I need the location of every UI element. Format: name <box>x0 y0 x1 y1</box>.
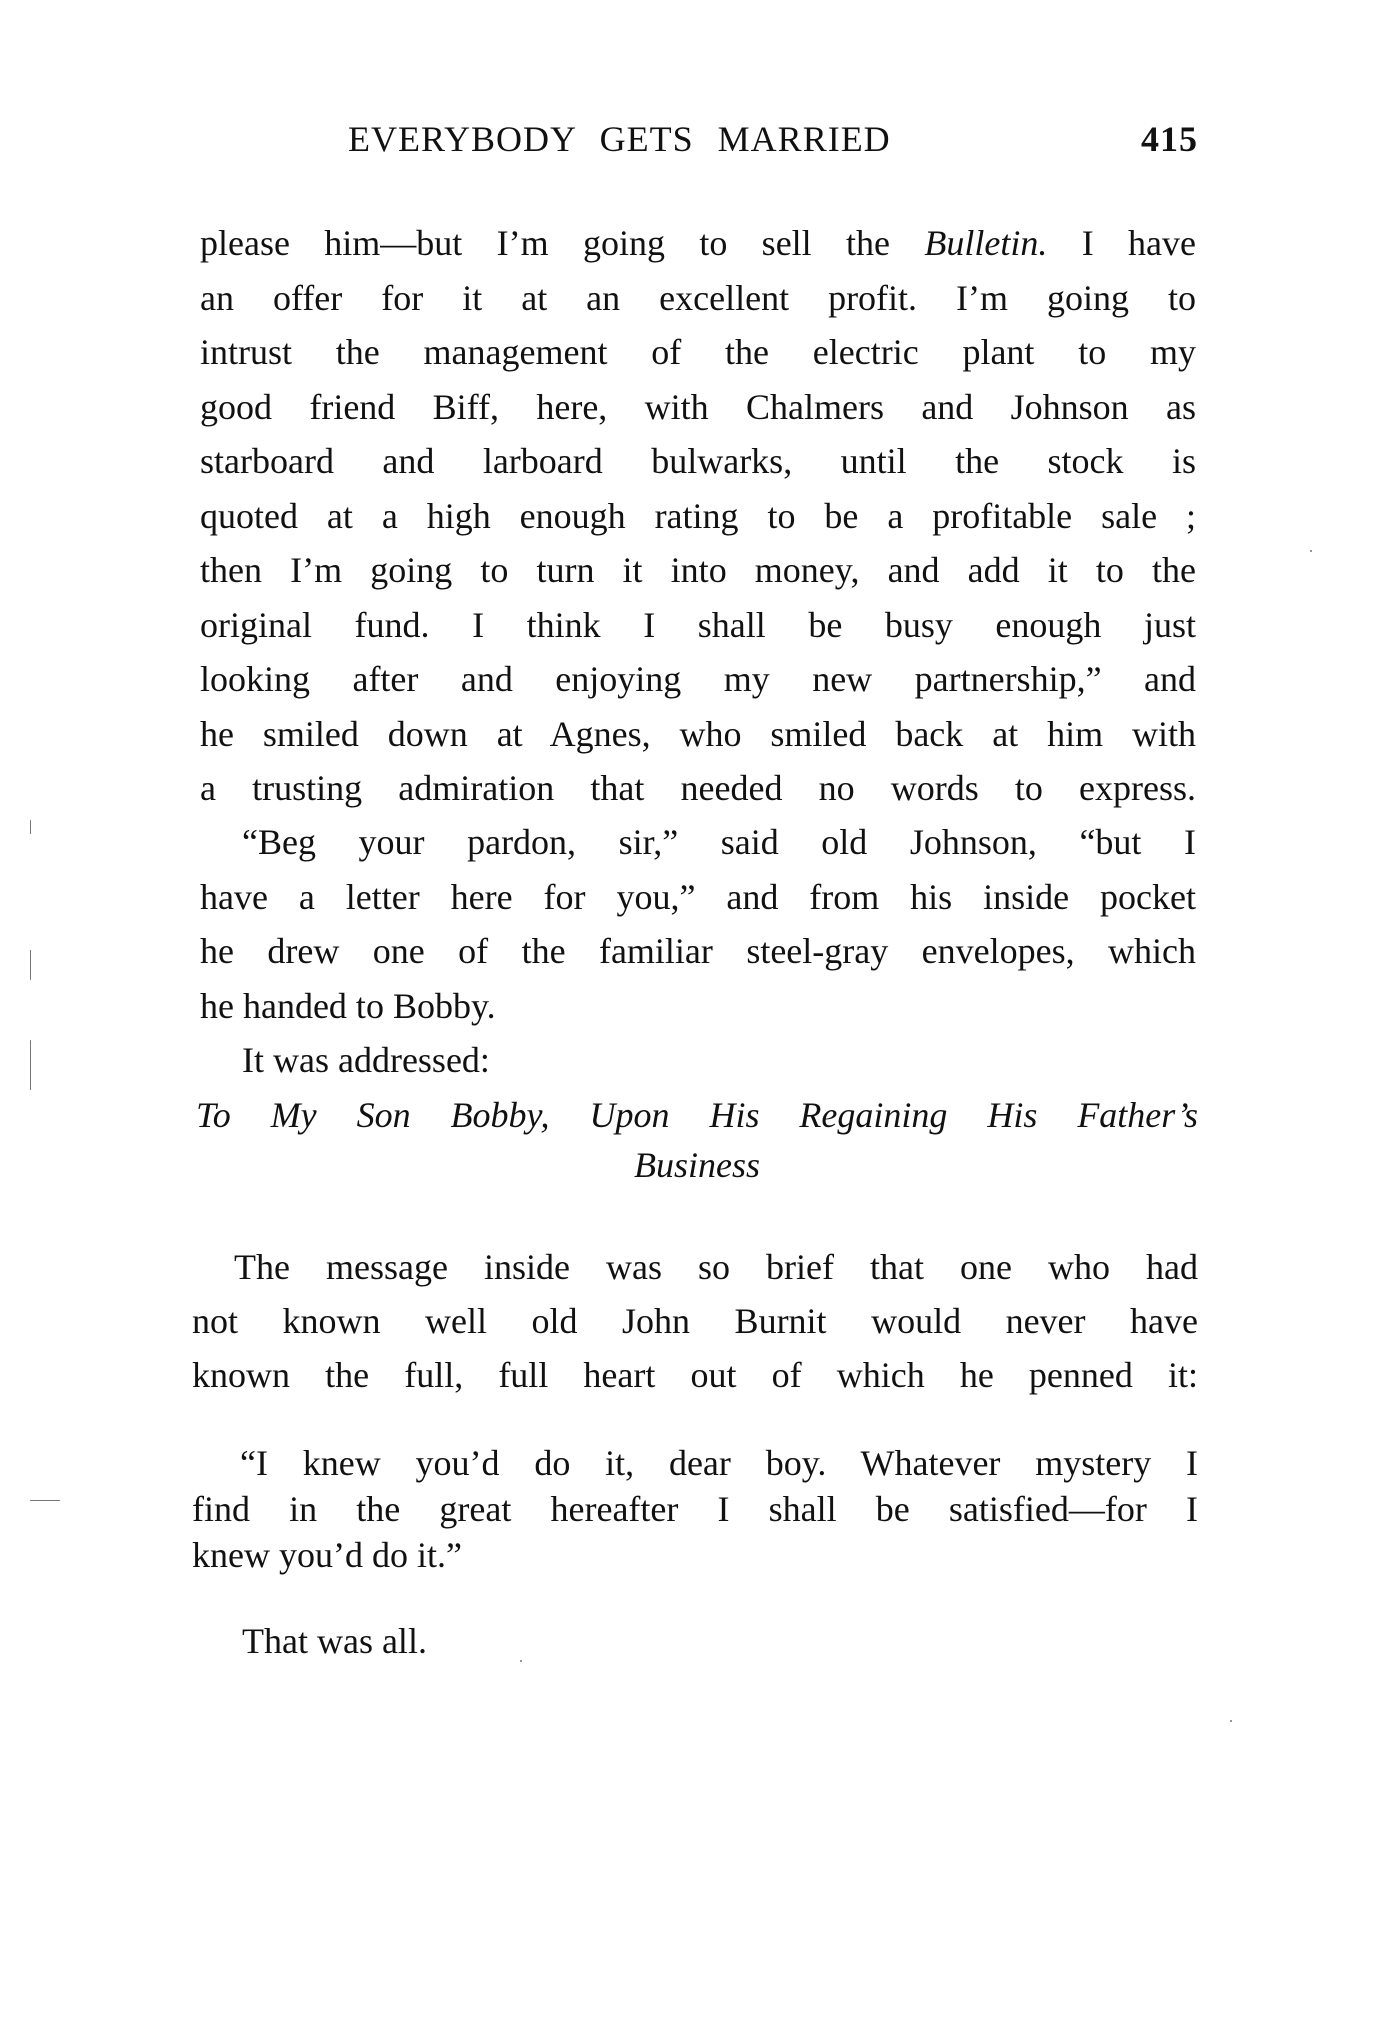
text-line: The message inside was so brief that one… <box>192 1240 1198 1294</box>
scan-mark <box>30 1500 60 1501</box>
text-line: not known well old John Burnit would nev… <box>192 1294 1198 1348</box>
text-line: It was addressed: <box>200 1033 1196 1088</box>
text-line: looking after and enjoying my new partne… <box>200 652 1196 707</box>
paragraph-message: The message inside was so brief that one… <box>192 1240 1198 1402</box>
italic-title-bulletin: Bulletin. <box>924 223 1047 263</box>
paragraph-continued: please him—but I’m going to sell the Bul… <box>200 216 1196 816</box>
text-line: intrust the management of the electric p… <box>200 325 1196 380</box>
text-line: original fund. I think I shall be busy e… <box>200 598 1196 653</box>
text-line: good friend Biff, here, with Chalmers an… <box>200 380 1196 435</box>
text-line: starboard and larboard bulwarks, until t… <box>200 434 1196 489</box>
text-line: an offer for it at an excellent profit. … <box>200 271 1196 326</box>
quote-line: knew you’d do it.” <box>192 1532 1198 1578</box>
book-page: EVERYBODY GETS MARRIED 415 please him—bu… <box>0 0 1393 2038</box>
paragraph-johnson-letter: “Beg your pardon, sir,” said old Johnson… <box>200 815 1196 1088</box>
scan-mark <box>30 1040 31 1090</box>
running-head: EVERYBODY GETS MARRIED 415 <box>200 118 1198 168</box>
text-line: he smiled down at Agnes, who smiled back… <box>200 707 1196 762</box>
closing-line: That was all. <box>242 1620 427 1662</box>
text-line: have a letter here for you,” and from hi… <box>200 870 1196 925</box>
address-line: To My Son Bobby, Upon His Regaining His … <box>196 1090 1198 1140</box>
text-line: a trusting admiration that needed no wor… <box>200 761 1196 816</box>
text-line: then I’m going to turn it into money, an… <box>200 543 1196 598</box>
text-line: quoted at a high enough rating to be a p… <box>200 489 1196 544</box>
scan-mark <box>520 1660 522 1662</box>
text-line: “Beg your pardon, sir,” said old Johnson… <box>200 815 1196 870</box>
text-line: please him—but I’m going to sell the Bul… <box>200 216 1196 271</box>
quote-line: find in the great hereafter I shall be s… <box>192 1486 1198 1532</box>
address-line: Business <box>196 1140 1198 1190</box>
text-line: known the full, full heart out of which … <box>192 1348 1198 1402</box>
envelope-address: To My Son Bobby, Upon His Regaining His … <box>196 1090 1198 1190</box>
letter-quote: “I knew you’d do it, dear boy. Whatever … <box>192 1440 1198 1578</box>
scan-mark <box>1230 1720 1232 1722</box>
scan-mark <box>1310 550 1312 552</box>
page-number: 415 <box>1141 118 1198 160</box>
text-line: he drew one of the familiar steel-gray e… <box>200 924 1196 979</box>
scan-mark <box>30 950 31 980</box>
quote-line: “I knew you’d do it, dear boy. Whatever … <box>192 1440 1198 1486</box>
text-line: he handed to Bobby. <box>200 979 1196 1034</box>
scan-mark <box>30 820 31 834</box>
chapter-title: EVERYBODY GETS MARRIED <box>348 118 891 160</box>
